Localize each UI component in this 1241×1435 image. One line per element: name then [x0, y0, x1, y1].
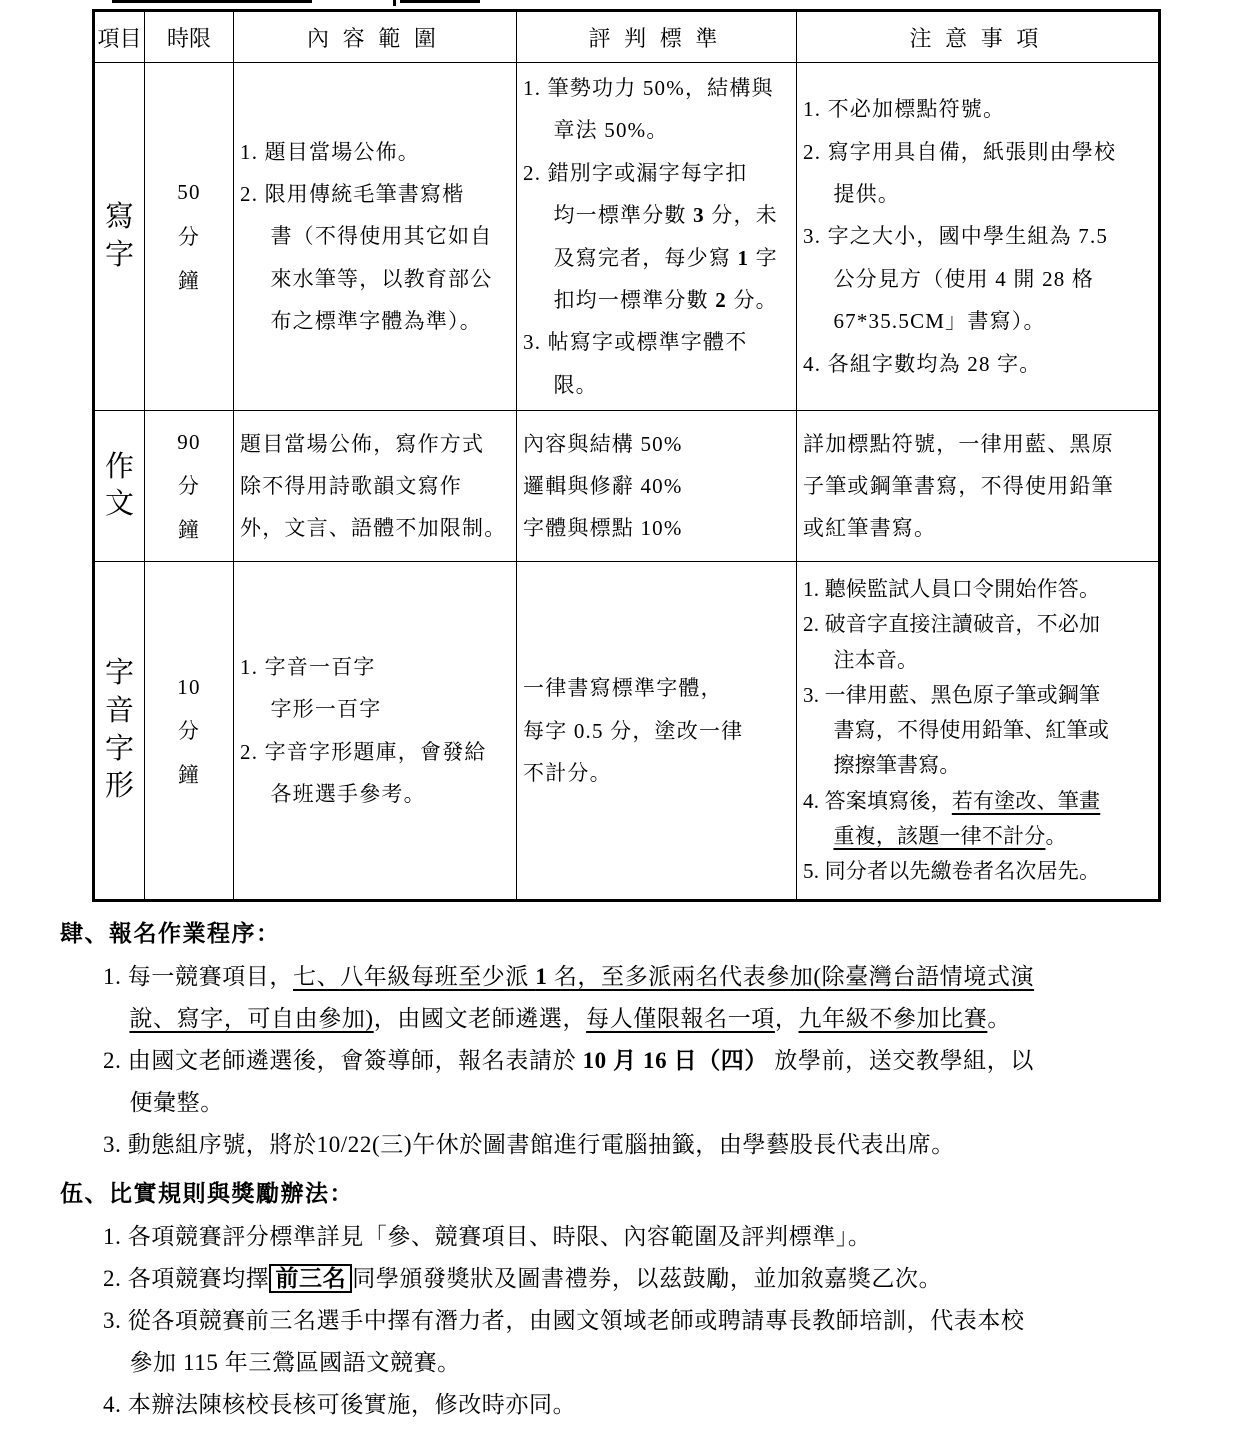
list-item: 3. 帖寫字或標準字體不 限。	[523, 321, 793, 406]
list-item: 一律書寫標準字體， 每字 0.5 分，塗改一律 不計分。	[523, 667, 793, 794]
list-item: 5. 同分者以先繳卷者名次居先。	[803, 854, 1155, 889]
list-item: 2. 破音字直接注讀破音，不必加 注本音。	[803, 607, 1155, 678]
table-row-writing: 寫字 50 分 鐘 1. 題目當場公佈。2. 限用傳統毛筆書寫楷 書（不得使用其…	[94, 63, 1160, 411]
page-crop-artifact	[112, 0, 312, 3]
list-item: 2. 限用傳統毛筆書寫楷 書（不得使用其它如自 來水筆等，以教育部公 布之標準字…	[240, 173, 513, 343]
list-item: 1. 各項競賽評分標準詳見「參、競賽項目、時限、內容範圍及評判標準」。	[103, 1216, 1210, 1258]
item-label: 字音字形	[104, 655, 135, 806]
table-row-phonetics: 字音字形 10 分 鐘 1. 字音一百字 字形一百字2. 字音字形題庫，會發給 …	[94, 562, 1160, 901]
table-header-row: 項目 時限 內容範圍 評判標準 注意事項	[94, 11, 1160, 63]
list-item: 4. 各組字數均為 28 字。	[803, 343, 1155, 385]
content-scope-cell: 題目當場公佈，寫作方式 除不得用詩歌韻文寫作 外，文言、語體不加限制。	[234, 411, 517, 562]
header-judging-criteria: 評判標準	[517, 11, 797, 63]
list-item: 字體與標點 10%	[523, 507, 793, 549]
content-scope-cell: 1. 題目當場公佈。2. 限用傳統毛筆書寫楷 書（不得使用其它如自 來水筆等，以…	[234, 63, 517, 411]
notes-cell: 1. 不必加標點符號。2. 寫字用具自備，紙張則由學校 提供。3. 字之大小，國…	[797, 63, 1160, 411]
time-limit-value: 90 分 鐘	[147, 420, 231, 552]
time-limit-cell: 90 分 鐘	[145, 411, 234, 562]
list-item: 1. 不必加標點符號。	[803, 88, 1155, 130]
competition-table: 項目 時限 內容範圍 評判標準 注意事項 寫字 50 分 鐘 1. 題目當場公佈…	[92, 9, 1161, 902]
time-limit-cell: 10 分 鐘	[145, 562, 234, 901]
list-item: 3. 字之大小，國中學生組為 7.5 公分見方（使用 4 開 28 格 67*3…	[803, 215, 1155, 342]
criteria-list: 一律書寫標準字體， 每字 0.5 分，塗改一律 不計分。	[523, 667, 793, 794]
list-item: 1. 字音一百字 字形一百字	[240, 646, 513, 731]
section-4-items: 1. 每一競賽項目，七、八年級每班至少派 1 名，至多派兩名代表參加(除臺灣台語…	[103, 956, 1210, 1166]
list-item: 2. 由國文老師遴選後，會簽導師，報名表請於 10 月 16 日（四） 放學前，…	[103, 1040, 1210, 1124]
judging-criteria-cell: 內容與結構 50%邏輯與修辭 40%字體與標點 10%	[517, 411, 797, 562]
notes-list: 詳加標點符號，一律用藍、黑原 子筆或鋼筆書寫，不得使用鉛筆 或紅筆書寫。	[803, 423, 1155, 550]
notes-list: 1. 不必加標點符號。2. 寫字用具自備，紙張則由學校 提供。3. 字之大小，國…	[803, 88, 1155, 385]
judging-criteria-cell: 一律書寫標準字體， 每字 0.5 分，塗改一律 不計分。	[517, 562, 797, 901]
section-4-heading: 肆、報名作業程序：	[60, 912, 1210, 956]
table-row-composition: 作文 90 分 鐘 題目當場公佈，寫作方式 除不得用詩歌韻文寫作 外，文言、語體…	[94, 411, 1160, 562]
list-item: 1. 聽候監試人員口令開始作答。	[803, 572, 1155, 607]
criteria-list: 1. 筆勢功力 50%，結構與 章法 50%。2. 錯別字或漏字每字扣 均一標準…	[523, 67, 793, 406]
item-label: 作文	[104, 449, 135, 524]
list-item: 3. 動態組序號，將於10/22(三)午休於圖書館進行電腦抽籤，由學藝股長代表出…	[103, 1124, 1210, 1166]
notes-list: 1. 聽候監試人員口令開始作答。2. 破音字直接注讀破音，不必加 注本音。3. …	[803, 572, 1155, 889]
time-limit-value: 50 分 鐘	[147, 170, 231, 302]
header-item: 項目	[94, 11, 145, 63]
section-5-items: 1. 各項競賽評分標準詳見「參、競賽項目、時限、內容範圍及評判標準」。2. 各項…	[103, 1216, 1210, 1426]
list-item: 2. 寫字用具自備，紙張則由學校 提供。	[803, 131, 1155, 216]
list-item: 詳加標點符號，一律用藍、黑原 子筆或鋼筆書寫，不得使用鉛筆 或紅筆書寫。	[803, 423, 1155, 550]
list-item: 3. 一律用藍、黑色原子筆或鋼筆 書寫，不得使用鉛筆、紅筆或 擦擦筆書寫。	[803, 678, 1155, 784]
time-limit-value: 10 分 鐘	[147, 665, 231, 797]
header-content-scope: 內容範圍	[234, 11, 517, 63]
section-5-heading: 伍、比實規則與獎勵辦法：	[60, 1172, 1210, 1216]
notes-cell: 1. 聽候監試人員口令開始作答。2. 破音字直接注讀破音，不必加 注本音。3. …	[797, 562, 1160, 901]
list-item: 邏輯與修辭 40%	[523, 465, 793, 507]
list-item: 1. 題目當場公佈。	[240, 131, 513, 173]
list-item: 1. 筆勢功力 50%，結構與 章法 50%。	[523, 67, 793, 152]
item-cell: 寫字	[94, 63, 145, 411]
criteria-list: 內容與結構 50%邏輯與修辭 40%字體與標點 10%	[523, 423, 793, 550]
list-item: 1. 每一競賽項目，七、八年級每班至少派 1 名，至多派兩名代表參加(除臺灣台語…	[103, 956, 1210, 1040]
lower-sections: 肆、報名作業程序： 1. 每一競賽項目，七、八年級每班至少派 1 名，至多派兩名…	[60, 912, 1210, 1426]
list-item: 題目當場公佈，寫作方式 除不得用詩歌韻文寫作 外，文言、語體不加限制。	[240, 423, 513, 550]
time-limit-cell: 50 分 鐘	[145, 63, 234, 411]
list-item: 3. 從各項競賽前三名選手中擇有潛力者，由國文領域老師或聘請專長教師培訓，代表本…	[103, 1300, 1210, 1384]
item-label: 寫字	[104, 199, 135, 274]
page-crop-artifact	[400, 0, 480, 3]
list-item: 4. 本辦法陳核校長核可後實施，修改時亦同。	[103, 1384, 1210, 1426]
item-cell: 作文	[94, 411, 145, 562]
header-time-limit: 時限	[145, 11, 234, 63]
content-list: 1. 字音一百字 字形一百字2. 字音字形題庫，會發給 各班選手參考。	[240, 646, 513, 816]
list-item: 內容與結構 50%	[523, 423, 793, 465]
list-item: 2. 各項競賽均擇前三名同學頒發獎狀及圖書禮券，以茲鼓勵，並加敘嘉獎乙次。	[103, 1258, 1210, 1300]
list-item: 2. 錯別字或漏字每字扣 均一標準分數 3 分，未 及寫完者，每少寫 1 字 扣…	[523, 152, 793, 322]
content-list: 1. 題目當場公佈。2. 限用傳統毛筆書寫楷 書（不得使用其它如自 來水筆等，以…	[240, 131, 513, 343]
notes-cell: 詳加標點符號，一律用藍、黑原 子筆或鋼筆書寫，不得使用鉛筆 或紅筆書寫。	[797, 411, 1160, 562]
list-item: 2. 字音字形題庫，會發給 各班選手參考。	[240, 731, 513, 816]
content-scope-cell: 1. 字音一百字 字形一百字2. 字音字形題庫，會發給 各班選手參考。	[234, 562, 517, 901]
header-notes: 注意事項	[797, 11, 1160, 63]
item-cell: 字音字形	[94, 562, 145, 901]
judging-criteria-cell: 1. 筆勢功力 50%，結構與 章法 50%。2. 錯別字或漏字每字扣 均一標準…	[517, 63, 797, 411]
document-page: 項目 時限 內容範圍 評判標準 注意事項 寫字 50 分 鐘 1. 題目當場公佈…	[0, 0, 1241, 1435]
list-item: 4. 答案填寫後，若有塗改、筆畫 重複，該題一律不計分。	[803, 784, 1155, 855]
page-crop-artifact	[393, 0, 396, 6]
content-list: 題目當場公佈，寫作方式 除不得用詩歌韻文寫作 外，文言、語體不加限制。	[240, 423, 513, 550]
